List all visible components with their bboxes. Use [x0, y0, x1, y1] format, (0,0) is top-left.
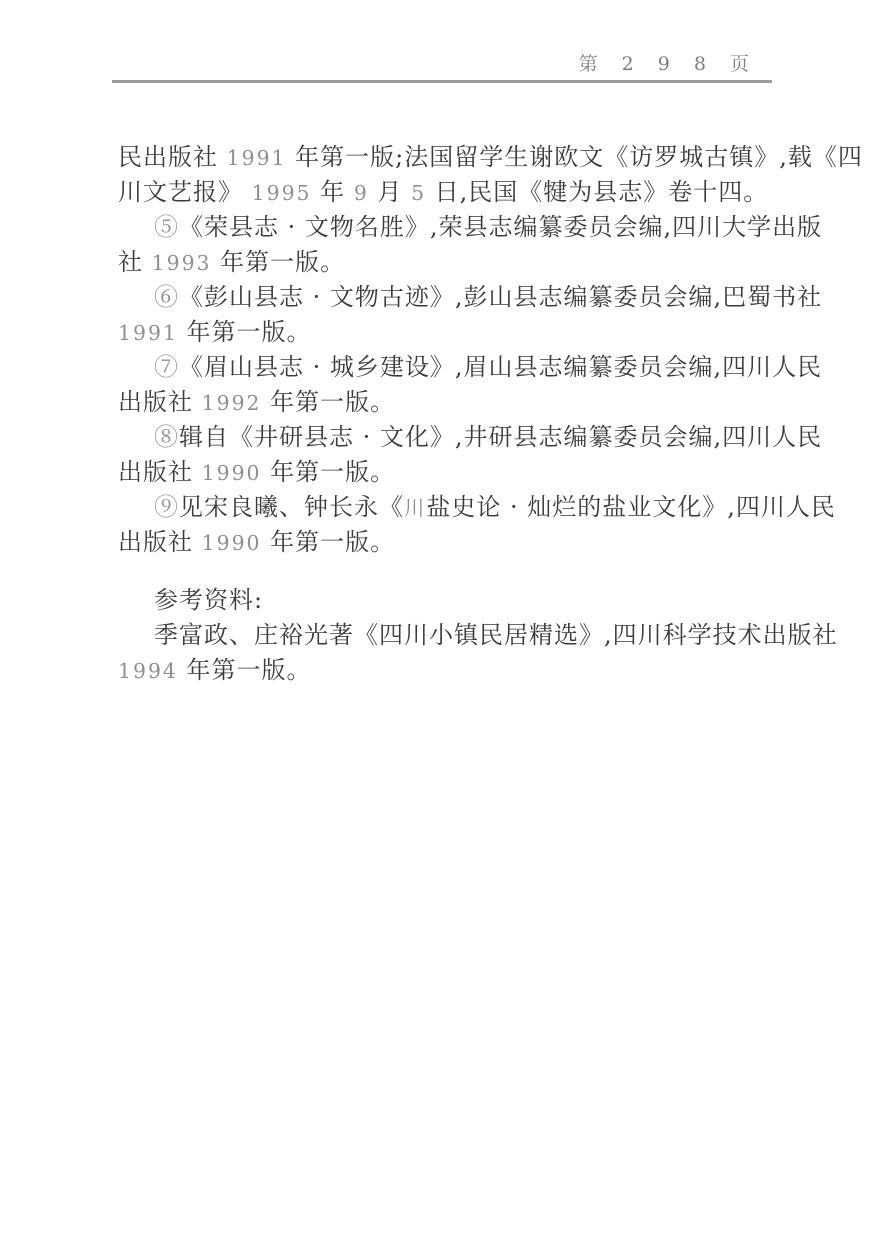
text-run: 《彭山县志 · 文物古迹》,彭山县志编纂委员会编,巴蜀书社	[179, 283, 822, 311]
text-run: 年	[312, 178, 354, 206]
text-line: 川文艺报》 1995 年 9 月 5 日,民国《犍为县志》卷十四。	[118, 175, 778, 210]
text-run: 出版社	[118, 528, 202, 556]
text-run: 盐史论 · 灿烂的盐业文化》,四川人民	[426, 493, 836, 521]
text-run: 《眉山县志 · 城乡建设》,眉山县志编纂委员会编,四川人民	[179, 353, 822, 381]
text-run: 1991	[227, 146, 287, 170]
text-line: 1994 年第一版。	[118, 653, 778, 688]
text-line: ⑦《眉山县志 · 城乡建设》,眉山县志编纂委员会编,四川人民	[118, 350, 778, 385]
text-run: 1990	[202, 461, 262, 485]
text-line: 参考资料:	[118, 583, 778, 618]
page: 第 2 9 8 页 民出版社 1991 年第一版;法国留学生谢欧文《访罗城古镇》…	[0, 0, 888, 1260]
text-line: 民出版社 1991 年第一版;法国留学生谢欧文《访罗城古镇》,载《四	[118, 140, 778, 175]
footnote-marker: ⑦	[154, 353, 179, 381]
text-line: 出版社 1992 年第一版。	[118, 385, 778, 420]
footnote-marker: ⑧	[154, 423, 179, 451]
text-line: ⑥《彭山县志 · 文物古迹》,彭山县志编纂委员会编,巴蜀书社	[118, 280, 778, 315]
text-run: 见宋良曦、钟长永《	[179, 493, 404, 521]
page-number: 第 2 9 8 页	[579, 49, 758, 76]
text-run: 1994	[118, 659, 178, 683]
text-line: ⑧辑自《井研县志 · 文化》,井研县志编纂委员会编,四川人民	[118, 420, 778, 455]
text-line: 季富政、庄裕光著《四川小镇民居精选》,四川科学技术出版社	[118, 618, 778, 653]
text-run: 年第一版。	[178, 656, 312, 684]
text-run: 年第一版。	[178, 318, 312, 346]
text-run: 1991	[118, 321, 178, 345]
text-run: 1990	[202, 531, 262, 555]
text-line: 出版社 1990 年第一版。	[118, 525, 778, 560]
text-run: 民出版社	[118, 143, 227, 171]
text-run: 1995	[252, 181, 312, 205]
footnote-marker: ⑤	[154, 213, 179, 241]
text-run: 年第一版。	[262, 528, 396, 556]
text-run: 年第一版;法国留学生谢欧文《访罗城古镇》,载《四	[287, 143, 863, 171]
header-rule	[112, 80, 772, 83]
text-run: 日,民国《犍为县志》卷十四。	[426, 178, 768, 206]
text-run: 社	[118, 248, 152, 276]
text-run: 出版社	[118, 388, 202, 416]
text-run: 年第一版。	[262, 388, 396, 416]
text-run: 月	[369, 178, 411, 206]
text-line: ⑤《荣县志 · 文物名胜》,荣县志编纂委员会编,四川大学出版	[118, 210, 778, 245]
text-run: 川文艺报》	[118, 178, 252, 206]
footnote-marker: ⑨	[154, 493, 179, 521]
text-run: 1992	[202, 391, 262, 415]
text-run: 年第一版。	[262, 458, 396, 486]
text-run: 季富政、庄裕光著《四川小镇民居精选》,四川科学技术出版社	[154, 621, 838, 649]
text-run: 年第一版。	[212, 248, 346, 276]
text-line: 1991 年第一版。	[118, 315, 778, 350]
text-run: 5	[411, 181, 426, 205]
text-run: 参考资料:	[154, 586, 263, 614]
footnote-marker: ⑥	[154, 283, 179, 311]
text-run: 《荣县志 · 文物名胜》,荣县志编纂委员会编,四川大学出版	[179, 213, 822, 241]
text-run: 辑自《井研县志 · 文化》,井研县志编纂委员会编,四川人民	[179, 423, 822, 451]
body-text: 民出版社 1991 年第一版;法国留学生谢欧文《访罗城古镇》,载《四川文艺报》 …	[118, 140, 778, 688]
text-line: 社 1993 年第一版。	[118, 245, 778, 280]
text-line: 出版社 1990 年第一版。	[118, 455, 778, 490]
text-run: 1993	[152, 251, 212, 275]
text-run: 9	[354, 181, 369, 205]
text-run: 川	[404, 496, 426, 520]
text-line: ⑨见宋良曦、钟长永《川盐史论 · 灿烂的盐业文化》,四川人民	[118, 490, 778, 525]
text-run: 出版社	[118, 458, 202, 486]
